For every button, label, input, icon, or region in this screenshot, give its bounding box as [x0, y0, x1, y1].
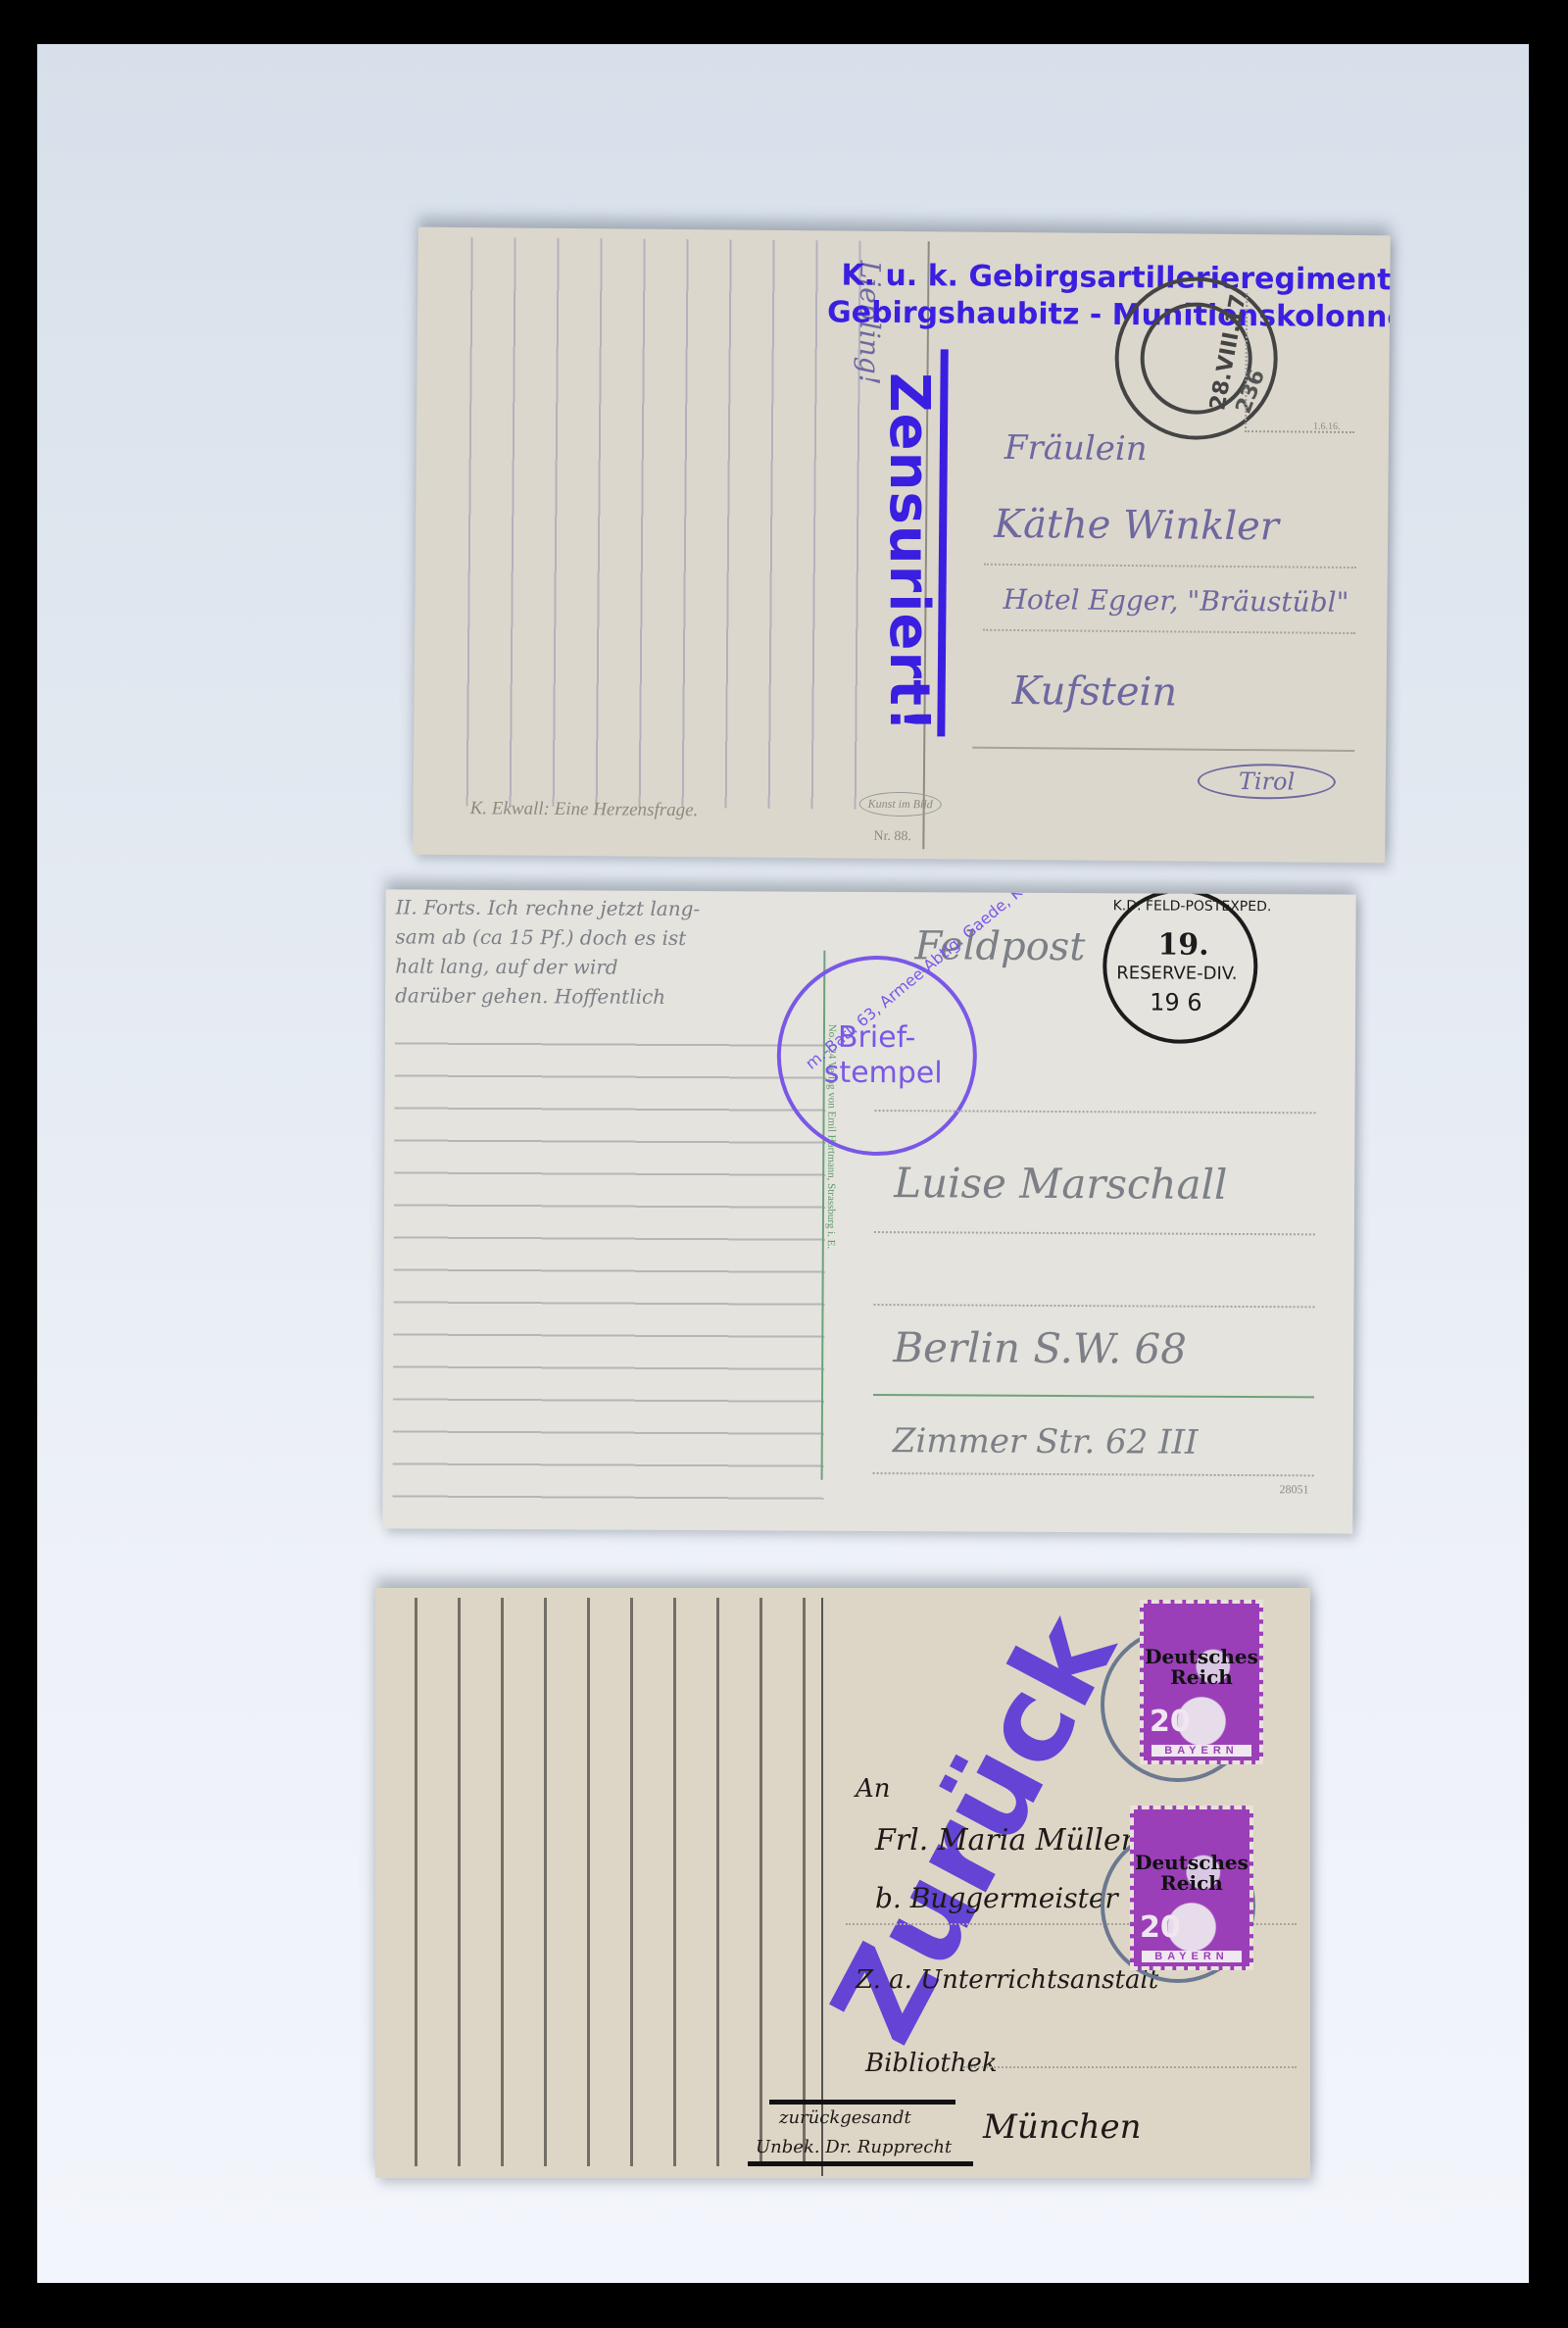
address-line-1: Fräulein [1004, 428, 1148, 469]
address-line-1: Luise Marschall [894, 1159, 1228, 1209]
address-line-2: Frl. Maria Müller [875, 1823, 1135, 1857]
message-line-1: II. Forts. Ich rechne jetzt lang- [396, 895, 701, 920]
printer-mark: Kunst im Bild [859, 792, 942, 817]
corner-code: 1.6.16. [1313, 421, 1341, 432]
address-rule [983, 629, 1355, 634]
stamp-country: BAYERN [1142, 1951, 1242, 1962]
message-line-2: sam ab (ca 15 Pf.) doch es ist [395, 924, 686, 950]
address-line-5: Tirol [1198, 764, 1337, 800]
stamp-box [1245, 293, 1355, 433]
address-rule [873, 1304, 1314, 1308]
address-rule [873, 1472, 1314, 1476]
postmark-date: 19 6 [1150, 988, 1202, 1015]
address-line-3: b. Buggermeister [875, 1882, 1118, 1914]
message-line-4: darüber gehen. Hoffentlich [395, 983, 665, 1008]
address-line-4: Kufstein [1012, 669, 1178, 715]
corner-code: 28051 [1279, 1482, 1308, 1497]
address-line-4: Z. a. Unterrichtsanstalt [856, 1965, 1158, 1995]
printed-number: Nr. 88. [873, 829, 911, 845]
unit-briefstempel: m.-Batl. 63, Armee-Abtlg. Gaede, Komp. B… [776, 956, 977, 1157]
address-line-6: München [983, 2107, 1142, 2147]
address-rule [984, 564, 1356, 569]
ink-strike [769, 2100, 955, 2105]
unit-stamp-line-1: K. u. k. Gebirgsartillerieregiment Nr. 2… [841, 258, 1391, 298]
stamp-value: 20 [1150, 1705, 1191, 1739]
address-line-2: Käthe Winkler [994, 502, 1279, 550]
divider-line [821, 1598, 823, 2176]
address-rule [874, 1231, 1315, 1235]
censor-stamp: Zensuriert! [877, 372, 941, 732]
briefstempel-center-1: Brief- [838, 1020, 916, 1055]
postmark-ring-text: K.D. FELD-POSTEXPED. [1113, 898, 1272, 915]
footer-note-2: Unbek. Dr. Rupprecht [756, 2137, 952, 2157]
message-line-3: halt lang, auf der wird [395, 954, 617, 978]
address-line-3: Zimmer Str. 62 III [893, 1421, 1199, 1462]
address-line-3: Hotel Egger, "Bräustübl" [1003, 583, 1348, 619]
address-line-2: Berlin S.W. 68 [893, 1323, 1187, 1373]
stamp-overprint: DeutschesReich [1134, 1853, 1249, 1894]
field-post-postmark: K.D. FELD-POSTEXPED. 19. RESERVE-DIV. 19… [1102, 889, 1258, 1044]
printed-caption: K. Ekwall: Eine Herzensfrage. [470, 798, 699, 821]
stamp-value: 20 [1140, 1910, 1181, 1945]
briefstempel-center-2: stempel [824, 1056, 943, 1091]
stamp-country: BAYERN [1151, 1745, 1251, 1757]
postmark-division-number: 19. [1157, 928, 1208, 963]
handwritten-message-body [392, 1016, 826, 1509]
address-rule [873, 1394, 1314, 1398]
postcard-returned: Zurück An Frl. Maria Müller b. Buggermei… [375, 1588, 1310, 2178]
postage-stamp-2: DeutschesReich 20 BAYERN [1130, 1806, 1253, 1970]
postage-stamp-1: DeutschesReich 20 BAYERN [1140, 1600, 1263, 1764]
address-rule [972, 747, 1354, 752]
stamp-overprint: DeutschesReich [1144, 1647, 1259, 1688]
footer-note-1: zurückgesandt [779, 2107, 911, 2128]
address-line-1: An [856, 1774, 891, 1804]
ink-strike [748, 2161, 973, 2166]
postmark-division-label: RESERVE-DIV. [1116, 963, 1237, 984]
address-rule [963, 2066, 1297, 2068]
address-line-5: Bibliothek [865, 2049, 998, 2078]
handwritten-message-left [385, 1598, 826, 2166]
postcard-german-field-post: II. Forts. Ich rechne jetzt lang- sam ab… [382, 889, 1355, 1533]
